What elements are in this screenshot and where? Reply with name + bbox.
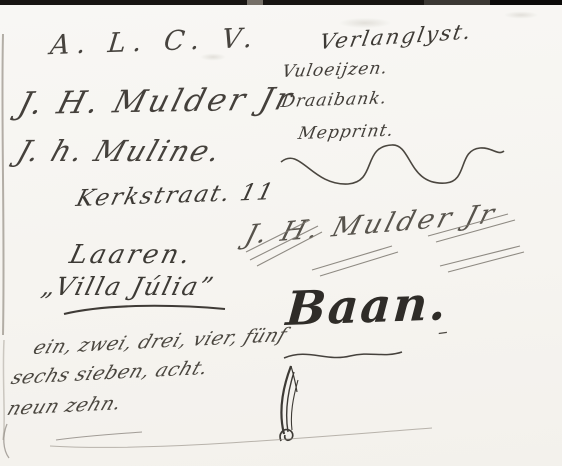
wavy-underline [284, 352, 402, 358]
pen-flourish-with-loops [281, 145, 504, 184]
quill-feather-ornament [280, 366, 298, 441]
wishlist-heading: Verlanglyst. [318, 20, 475, 54]
counting-underline [56, 432, 142, 440]
counting-line-3: neun zehn. [4, 392, 125, 420]
faint-bottom-stroke [50, 428, 432, 447]
page-fold-line [2, 34, 9, 458]
scanned-document-page: A. L. C. V. J. H. Mulder Jr J. h. Muline… [0, 0, 562, 466]
wishlist-item: Draaibank. [279, 88, 388, 112]
name-line-second: J. h. Muline. [13, 134, 227, 168]
hatched-signature: J. H. Mulder Jr [241, 199, 500, 251]
wishlist-item: Vuloeijzen. [280, 58, 389, 82]
owner-initials: A. L. C. V. [49, 23, 261, 61]
villa-name-line: „Villa Júlia” [39, 272, 218, 301]
scan-edge-dark-segment [490, 0, 562, 5]
large-calligraphy-word: Baan. [284, 276, 450, 337]
counting-line-1: ein, zwei, drei, vier, fünf [30, 324, 290, 359]
paper-smudge [498, 10, 544, 20]
wishlist-item: Mepprint. [296, 121, 395, 144]
town-line: Laaren. [67, 240, 197, 270]
scan-edge-bar [0, 0, 562, 5]
dash-mark: – [436, 319, 449, 344]
street-address-line: Kerkstraat. 11 [73, 179, 277, 212]
name-line-mulder-jr: J. H. Mulder Jr [14, 81, 298, 122]
scan-edge-light-segment [424, 0, 490, 5]
counting-line-2: sechs sieben, acht. [8, 357, 211, 389]
scan-edge-gap [247, 0, 263, 5]
curved-underline [64, 306, 225, 314]
